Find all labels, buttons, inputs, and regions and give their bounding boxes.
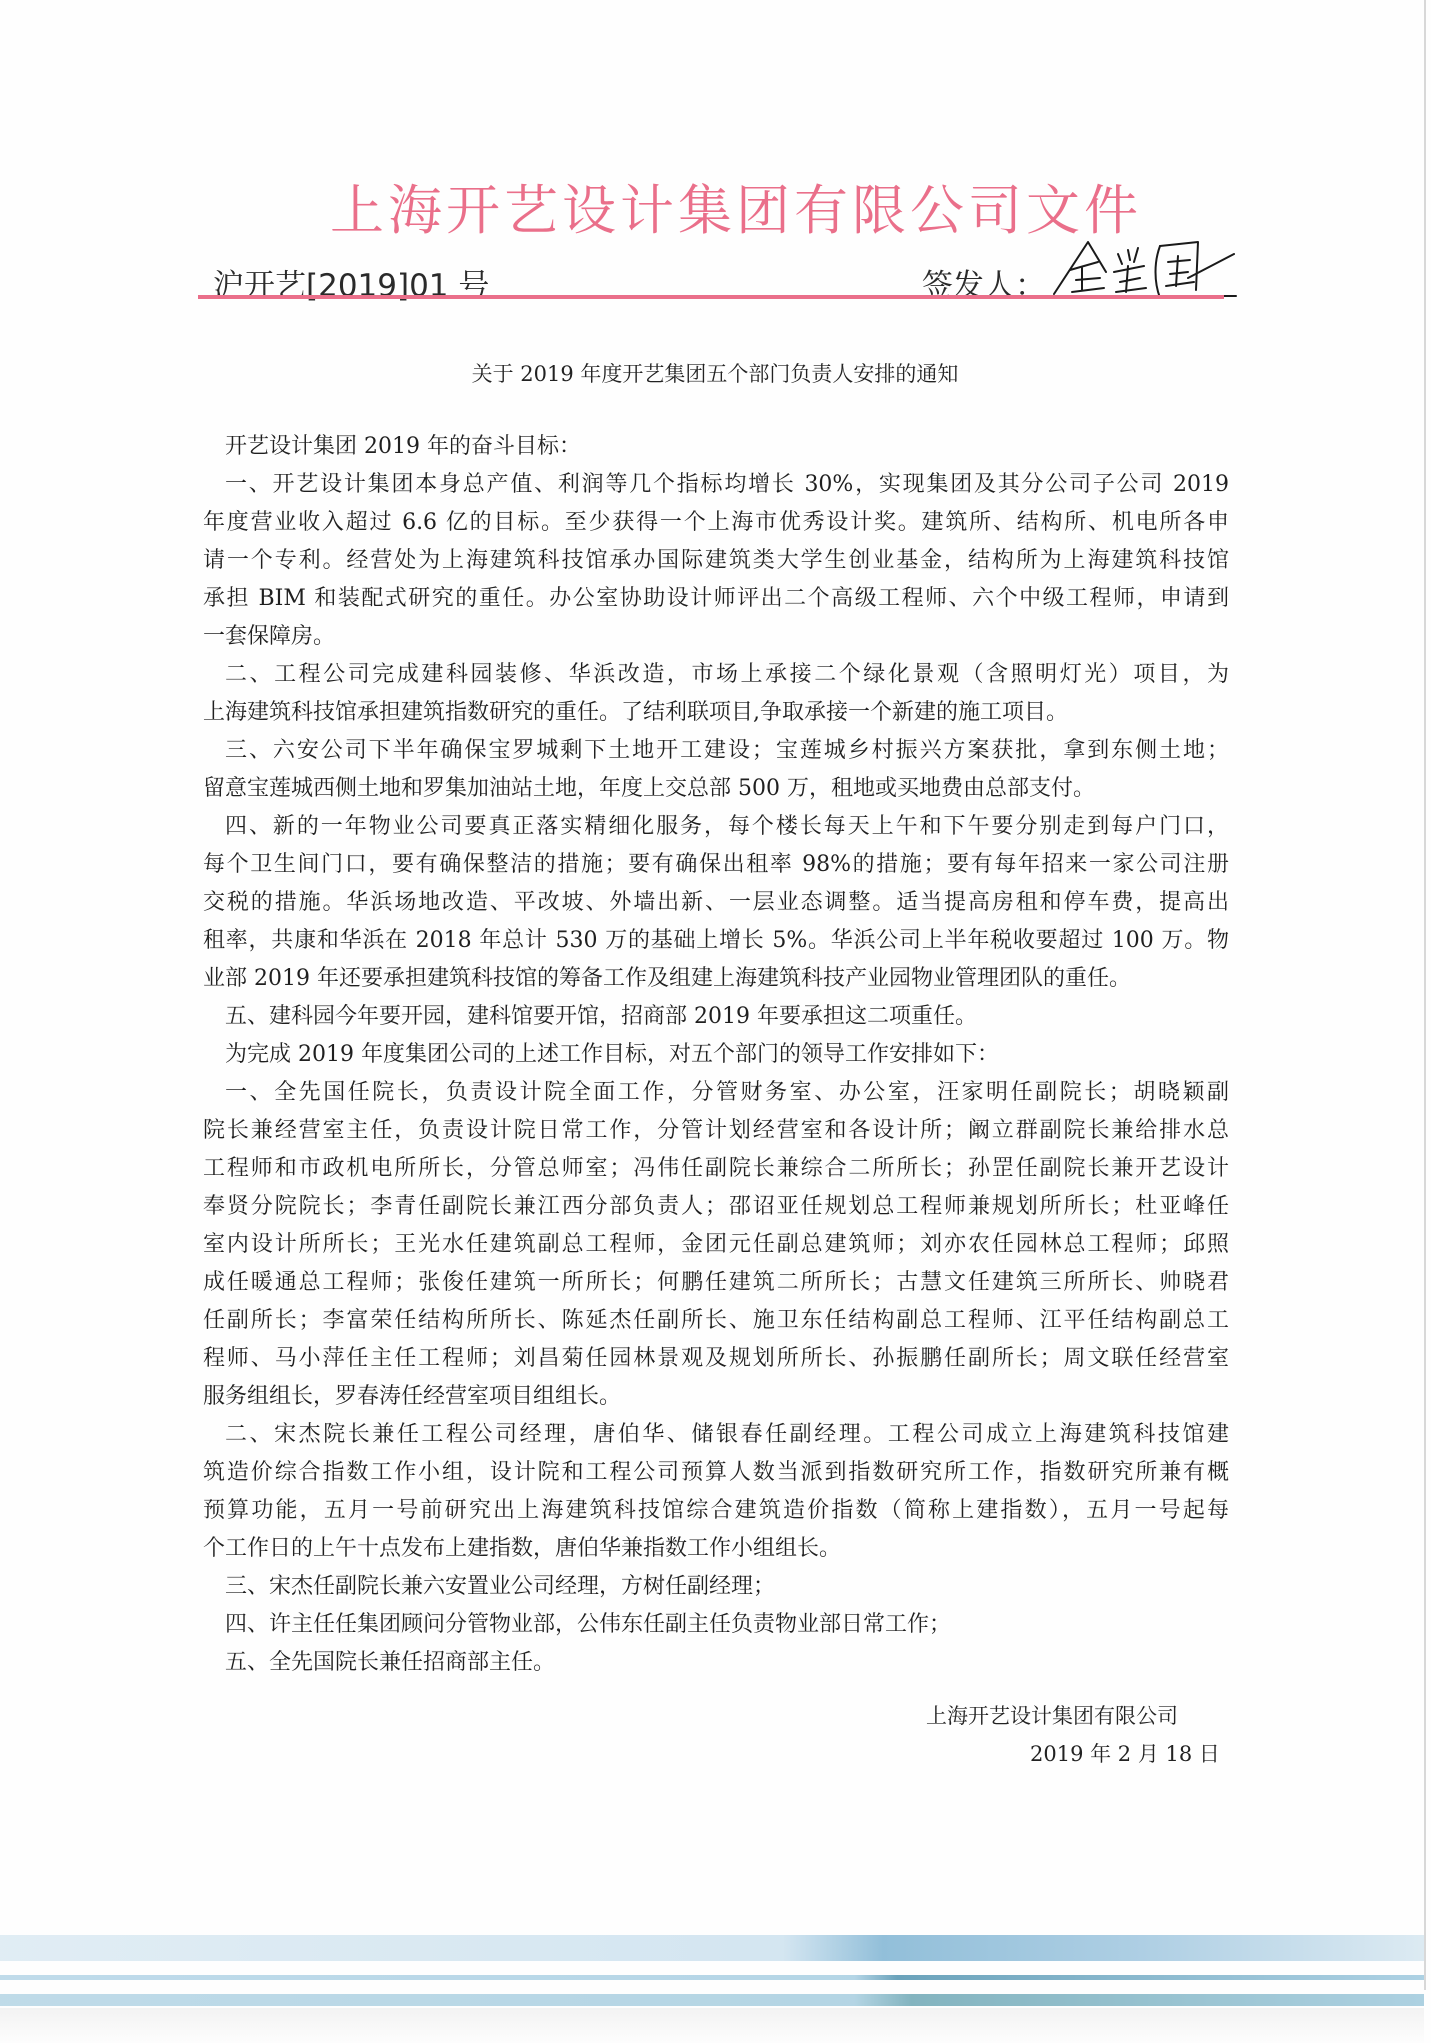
- scan-artifact-band: [0, 1935, 1424, 1961]
- arrangement-2-line: 预算功能，五月一号前研究出上海建筑科技馆综合建筑造价指数（简称上建指数），五月一…: [203, 1496, 1229, 1526]
- arrangement-2-line: 个工作日的上午十点发布上建指数，唐伯华兼指数工作小组组长。: [203, 1534, 1229, 1564]
- goal-4-line: 租率，共康和华浜在 2018 年总计 530 万的基础上增长 5%。华浜公司上半…: [203, 926, 1229, 956]
- document-page: 上海开艺设计集团有限公司文件 沪开艺[2019]01 号 签发人： 关于 201…: [0, 0, 1431, 2043]
- scan-artifact-band: [0, 2008, 1424, 2043]
- goal-4-line: 交税的措施。华浜场地改造、平改坡、外墙出新、一层业态调整。适当提高房租和停车费，…: [203, 888, 1229, 918]
- arrangement-1-line: 室内设计所所长；王光水任建筑副总工程师，金团元任副总建筑师；刘亦农任园林总工程师…: [203, 1230, 1229, 1260]
- goal-1-line: 一、开艺设计集团本身总产值、利润等几个指标均增长 30%，实现集团及其分公司子公…: [225, 470, 1229, 500]
- goal-3-line: 三、六安公司下半年确保宝罗城剩下土地开工建设；宝莲城乡村振兴方案获批，拿到东侧土…: [225, 736, 1229, 766]
- goal-1-line: 承担 BIM 和装配式研究的重任。办公室协助设计师评出二个高级工程师、六个中级工…: [203, 584, 1229, 614]
- goal-1-line: 请一个专利。经营处为上海建筑科技馆承办国际建筑类大学生创业基金，结构所为上海建筑…: [203, 546, 1229, 576]
- arrangement-1-line: 院长兼经营室主任，负责设计院日常工作，分管计划经营室和各设计所；阚立群副院长兼给…: [203, 1116, 1229, 1146]
- closing-organization: 上海开艺设计集团有限公司: [926, 1700, 1178, 1730]
- arrangement-2-line: 筑造价综合指数工作小组，设计院和工程公司预算人数当派到指数研究所工作，指数研究所…: [203, 1458, 1229, 1488]
- document-header-title: 上海开艺设计集团有限公司文件: [330, 168, 1110, 245]
- arrangement-1-line: 程师、马小萍任主任工程师；刘昌菊任园林景观及规划所所长、孙振鹏任副所长；周文联任…: [203, 1344, 1229, 1374]
- goal-2-line: 二、工程公司完成建科园装修、华浜改造，市场上承接二个绿化景观（含照明灯光）项目，…: [225, 660, 1229, 690]
- arrangement-1-line: 一、全先国任院长，负责设计院全面工作，分管财务室、办公室，汪家明任副院长；胡晓颖…: [225, 1078, 1229, 1108]
- page-edge: [1424, 0, 1426, 1990]
- arrangement-5-line: 五、全先国院长兼任招商部主任。: [225, 1648, 1229, 1678]
- goal-1-line: 年度营业收入超过 6.6 亿的目标。至少获得一个上海市优秀设计奖。建筑所、结构所…: [203, 508, 1229, 538]
- handwritten-signature: [1048, 232, 1238, 302]
- arrangement-1-line: 服务组组长，罗春涛任经营室项目组组长。: [203, 1382, 1229, 1412]
- goal-5-line: 五、建科园今年要开园，建科馆要开馆，招商部 2019 年要承担这二项重任。: [225, 1002, 1229, 1032]
- closing-date: 2019 年 2 月 18 日: [1030, 1738, 1220, 1768]
- notice-title: 关于 2019 年度开艺集团五个部门负责人安排的通知: [200, 358, 1230, 388]
- arrangement-1-line: 任副所长；李富荣任结构所所长、陈延杰任副所长、施卫东任结构副总工程师、江平任结构…: [203, 1306, 1229, 1336]
- header-divider-line: [198, 295, 1224, 299]
- goal-3-line: 留意宝莲城西侧土地和罗集加油站土地，年度上交总部 500 万，租地或买地费由总部…: [203, 774, 1229, 804]
- arrangement-3-line: 三、宋杰任副院长兼六安置业公司经理，方树任副经理；: [225, 1572, 1229, 1602]
- arrangement-intro: 为完成 2019 年度集团公司的上述工作目标，对五个部门的领导工作安排如下：: [225, 1040, 1229, 1070]
- goal-2-line: 上海建筑科技馆承担建筑指数研究的重任。了结利联项目,争取承接一个新建的施工项目。: [203, 698, 1229, 728]
- arrangement-1-line: 工程师和市政机电所所长，分管总师室；冯伟任副院长兼综合二所所长；孙罡任副院长兼开…: [203, 1154, 1229, 1184]
- arrangement-2-line: 二、宋杰院长兼任工程公司经理，唐伯华、储银春任副经理。工程公司成立上海建筑科技馆…: [225, 1420, 1229, 1450]
- goal-4-line: 业部 2019 年还要承担建筑科技馆的筹备工作及组建上海建筑科技产业园物业管理团…: [203, 964, 1229, 994]
- paragraph-intro: 开艺设计集团 2019 年的奋斗目标：: [225, 432, 1229, 462]
- goal-4-line: 每个卫生间门口，要有确保整洁的措施；要有确保出租率 98%的措施；要有每年招来一…: [203, 850, 1229, 880]
- goal-1-line: 一套保障房。: [203, 622, 1229, 652]
- goal-4-line: 四、新的一年物业公司要真正落实精细化服务，每个楼长每天上午和下午要分别走到每户门…: [225, 812, 1229, 842]
- scan-artifact-band: [0, 1975, 1424, 1980]
- arrangement-1-line: 奉贤分院院长；李青任副院长兼江西分部负责人；邵诏亚任规划总工程师兼规划所所长；杜…: [203, 1192, 1229, 1222]
- scan-artifact-band: [0, 1994, 1424, 2006]
- arrangement-1-line: 成任暖通总工程师；张俊任建筑一所所长；何鹏任建筑二所所长；古慧文任建筑三所所长、…: [203, 1268, 1229, 1298]
- arrangement-4-line: 四、许主任任集团顾问分管物业部，公伟东任副主任负责物业部日常工作；: [225, 1610, 1229, 1640]
